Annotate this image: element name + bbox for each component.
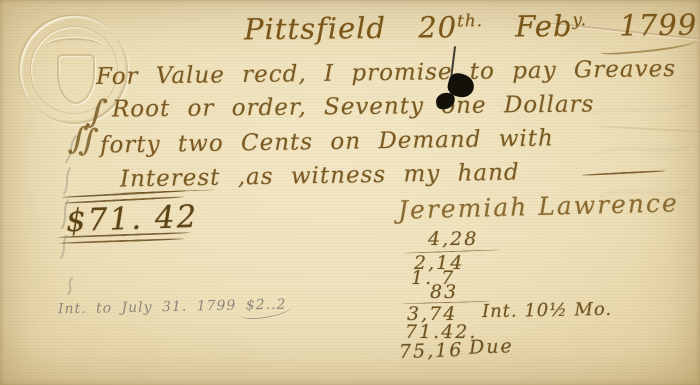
body-line-2: Root or order, Seventy one Dollars — [112, 91, 595, 122]
dateline-month-suffix: y. — [572, 9, 587, 29]
calc-addend: 83 — [430, 281, 458, 303]
body-line-4: Interest ,as witness my hand — [120, 160, 520, 193]
dateline-place: Pittsfield — [244, 11, 386, 46]
signature: Jeremiah Lawrence — [398, 188, 679, 224]
body-line-3: forty two Cents on Demand with — [100, 125, 554, 158]
body-line-1: For Value recd, I promise to pay Greaves — [96, 56, 676, 90]
dateline-day-suffix: th. — [457, 10, 483, 30]
flourish-mark: ∬ — [67, 118, 100, 160]
calc-addend: 4,28 — [428, 228, 478, 250]
calc-total: 75,16 — [399, 339, 464, 363]
calc-total-label: Due — [469, 335, 514, 359]
dateline-month: Feb — [515, 9, 573, 44]
calc-interest-note: Int. 10½ Mo. — [482, 299, 612, 322]
dateline-day: 20 — [418, 10, 457, 44]
document-scan: Pittsfield 20th. Feby. 1799 For Value re… — [0, 0, 700, 385]
